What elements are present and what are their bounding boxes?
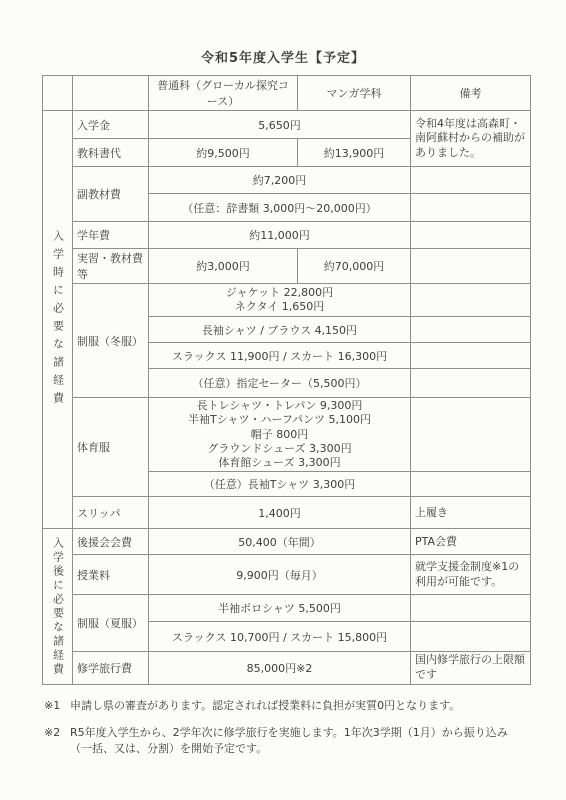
remark-empty [411,622,531,652]
table-row: 副教材費 約7,200円 [43,167,531,194]
fees-table: 普通科（グローカル探究コース） マンガ学科 備考 入学時に必要な諸経費 入学金 … [42,75,531,685]
table-row: 制服（冬服） ジャケット 22,800円 ネクタイ 1,650円 [43,284,531,317]
remark-empty [411,222,531,249]
table-row: スリッパ 1,400円 上履き [43,497,531,529]
item-label-winter-uniform: 制服（冬服） [73,284,149,398]
remark-empty [411,194,531,222]
table-row: 授業料 9,900円（毎月） 就学支援金制度※1の利用が可能です。 [43,555,531,595]
value-winter-uniform-set3: スラックス 11,900円 / スカート 16,300円 [149,343,411,369]
remark-supporters-fee: PTA会費 [411,529,531,555]
value-supplementary-main: 約7,200円 [149,167,411,194]
value-summer-uniform-set1: 半袖ポロシャツ 5,500円 [149,595,411,622]
remark-empty [411,472,531,497]
remark-empty [411,369,531,398]
group-label-after-admission: 入学後に必要な諸経費 [43,529,73,684]
footnote-2-text: R5年度入学生から、2学年次に修学旅行を実施します。1年次3学期（1月）から振り… [70,725,508,757]
value-tuition: 9,900円（毎月） [149,555,411,595]
value-winter-uniform-set2: 長袖シャツ / ブラウス 4,150円 [149,317,411,343]
table-row: 修学旅行費 85,000円※2 国内修学旅行の上限額です [43,652,531,684]
header-group-cell [43,76,73,111]
item-label-supplementary-materials: 副教材費 [73,167,149,222]
remark-empty [411,249,531,284]
table-header-row: 普通科（グローカル探究コース） マンガ学科 備考 [43,76,531,111]
value-slippers: 1,400円 [149,497,411,529]
value-grade-fee: 約11,000円 [149,222,411,249]
table-row: 入学後に必要な諸経費 後援会会費 50,400（年間） PTA会費 [43,529,531,555]
item-label-admission-fee: 入学金 [73,111,149,139]
header-item-cell [73,76,149,111]
item-label-grade-fee: 学年費 [73,222,149,249]
remark-school-trip: 国内修学旅行の上限額です [411,652,531,684]
remark-slippers: 上履き [411,497,531,529]
remark-empty [411,398,531,472]
page-title: 令和5年度入学生【予定】 [0,0,566,66]
remark-empty [411,167,531,194]
value-pe-wear-set2: （任意）長袖Tシャツ 3,300円 [149,472,411,497]
value-admission-fee: 5,650円 [149,111,411,139]
value-winter-uniform-set1: ジャケット 22,800円 ネクタイ 1,650円 [149,284,411,317]
remark-tuition: 就学支援金制度※1の利用が可能です。 [411,555,531,595]
header-remarks: 備考 [411,76,531,111]
item-label-supporters-fee: 後援会会費 [73,529,149,555]
footnote-1-marker: ※1 [44,698,70,714]
value-school-trip: 85,000円※2 [149,652,411,684]
item-label-slippers: スリッパ [73,497,149,529]
remark-empty [411,595,531,622]
footnote-2: ※2 R5年度入学生から、2学年次に修学旅行を実施します。1年次3学期（1月）か… [44,725,530,757]
value-supporters-fee: 50,400（年間） [149,529,411,555]
item-label-textbooks: 教科書代 [73,139,149,167]
item-label-pe-wear: 体育服 [73,398,149,497]
remark-admission-fee: 令和4年度は高森町・南阿蘇村からの補助がありました。 [411,111,531,167]
footnote-2-marker: ※2 [44,725,70,757]
value-pe-wear-set1: 長トレシャツ・トレパン 9,300円 半袖Tシャツ・ハーフパンツ 5,100円 … [149,398,411,472]
footnote-1-text: 申請し県の審査があります。認定されれば授業料に負担が実質0円となります。 [70,698,460,714]
table-row: 学年費 約11,000円 [43,222,531,249]
remark-empty [411,317,531,343]
value-winter-uniform-set4: （任意）指定セーター（5,500円） [149,369,411,398]
item-label-tuition: 授業料 [73,555,149,595]
table-row: 入学時に必要な諸経費 入学金 5,650円 令和4年度は高森町・南阿蘇村からの補… [43,111,531,139]
value-summer-uniform-set2: スラックス 10,700円 / スカート 15,800円 [149,622,411,652]
value-supplementary-optional: （任意：辞書類 3,000円～20,000円） [149,194,411,222]
footnote-1: ※1 申請し県の審査があります。認定されれば授業料に負担が実質0円となります。 [44,698,530,714]
item-label-practical-materials: 実習・教材費等 [73,249,149,284]
header-course-general: 普通科（グローカル探究コース） [149,76,298,111]
remark-empty [411,343,531,369]
value-textbooks-general: 約9,500円 [149,139,298,167]
table-row: 制服（夏服） 半袖ポロシャツ 5,500円 [43,595,531,622]
item-label-summer-uniform: 制服（夏服） [73,595,149,652]
group-label-at-admission: 入学時に必要な諸経費 [43,111,73,529]
document-page: 令和5年度入学生【予定】 普通科（グローカル探究コース） マンガ学科 備考 入学… [0,0,566,800]
table-row: 体育服 長トレシャツ・トレパン 9,300円 半袖Tシャツ・ハーフパンツ 5,1… [43,398,531,472]
item-label-school-trip: 修学旅行費 [73,652,149,684]
header-course-manga: マンガ学科 [298,76,411,111]
value-practical-manga: 約70,000円 [298,249,411,284]
value-practical-general: 約3,000円 [149,249,298,284]
table-row: 実習・教材費等 約3,000円 約70,000円 [43,249,531,284]
value-textbooks-manga: 約13,900円 [298,139,411,167]
footnotes: ※1 申請し県の審査があります。認定されれば授業料に負担が実質0円となります。 … [44,698,530,758]
remark-empty [411,284,531,317]
